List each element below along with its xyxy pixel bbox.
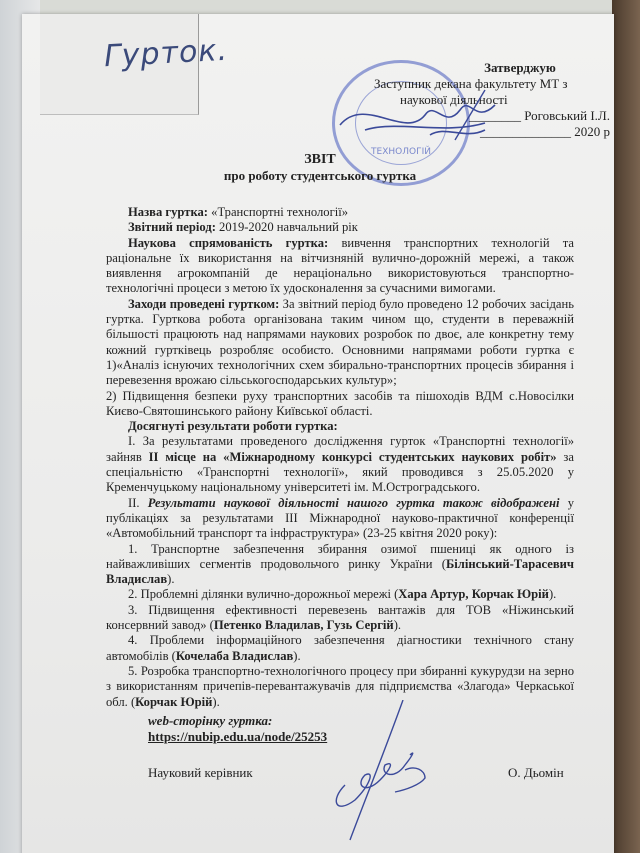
web-page-label: web-сторінку гуртка:: [148, 713, 327, 729]
events-item-2: 2) Підвищення безпеки руху транспортних …: [106, 389, 574, 420]
web-page-link[interactable]: https://nubip.edu.ua/node/25253: [148, 729, 327, 745]
club-name: Назва гуртка: «Транспортні технології»: [106, 205, 574, 220]
result-2: ІІ. Результати наукової діяльності нашог…: [106, 496, 574, 542]
approval-signature: [335, 85, 515, 145]
document-body: Назва гуртка: «Транспортні технології» З…: [106, 205, 574, 710]
events: Заходи проведені гуртком: За звітний пер…: [106, 297, 574, 389]
handwritten-note: Гурток.: [40, 14, 199, 115]
background-right: [612, 0, 640, 853]
publication-item: 4. Проблеми інформаційного забезпечення …: [106, 633, 574, 664]
research-focus: Наукова спрямованість гуртка: вивчення т…: [106, 236, 574, 297]
document-subtitle: про роботу студентського гуртка: [0, 168, 640, 184]
supervisor-label: Науковий керівник: [148, 765, 253, 780]
publication-item: 2. Проблемні ділянки вулично-дорожньої м…: [106, 587, 574, 602]
result-1: І. За результатами проведеного досліджен…: [106, 434, 574, 495]
approval-heading: Затверджую: [360, 60, 610, 76]
document-title: ЗВІТ: [0, 152, 640, 168]
note-text: Гурток.: [103, 33, 229, 74]
supervisor-signature: [325, 700, 435, 845]
results-heading: Досягнуті результати роботи гуртка:: [106, 419, 574, 434]
publication-item: 3. Підвищення ефективності перевезень ва…: [106, 603, 574, 634]
supervisor-name: О. Дьомін: [508, 765, 564, 781]
publication-item: 1. Транспортне забезпечення збирання ози…: [106, 542, 574, 588]
web-page-block: web-сторінку гуртка: https://nubip.edu.u…: [148, 713, 327, 745]
report-period: Звітний період: 2019-2020 навчальний рік: [106, 220, 574, 235]
